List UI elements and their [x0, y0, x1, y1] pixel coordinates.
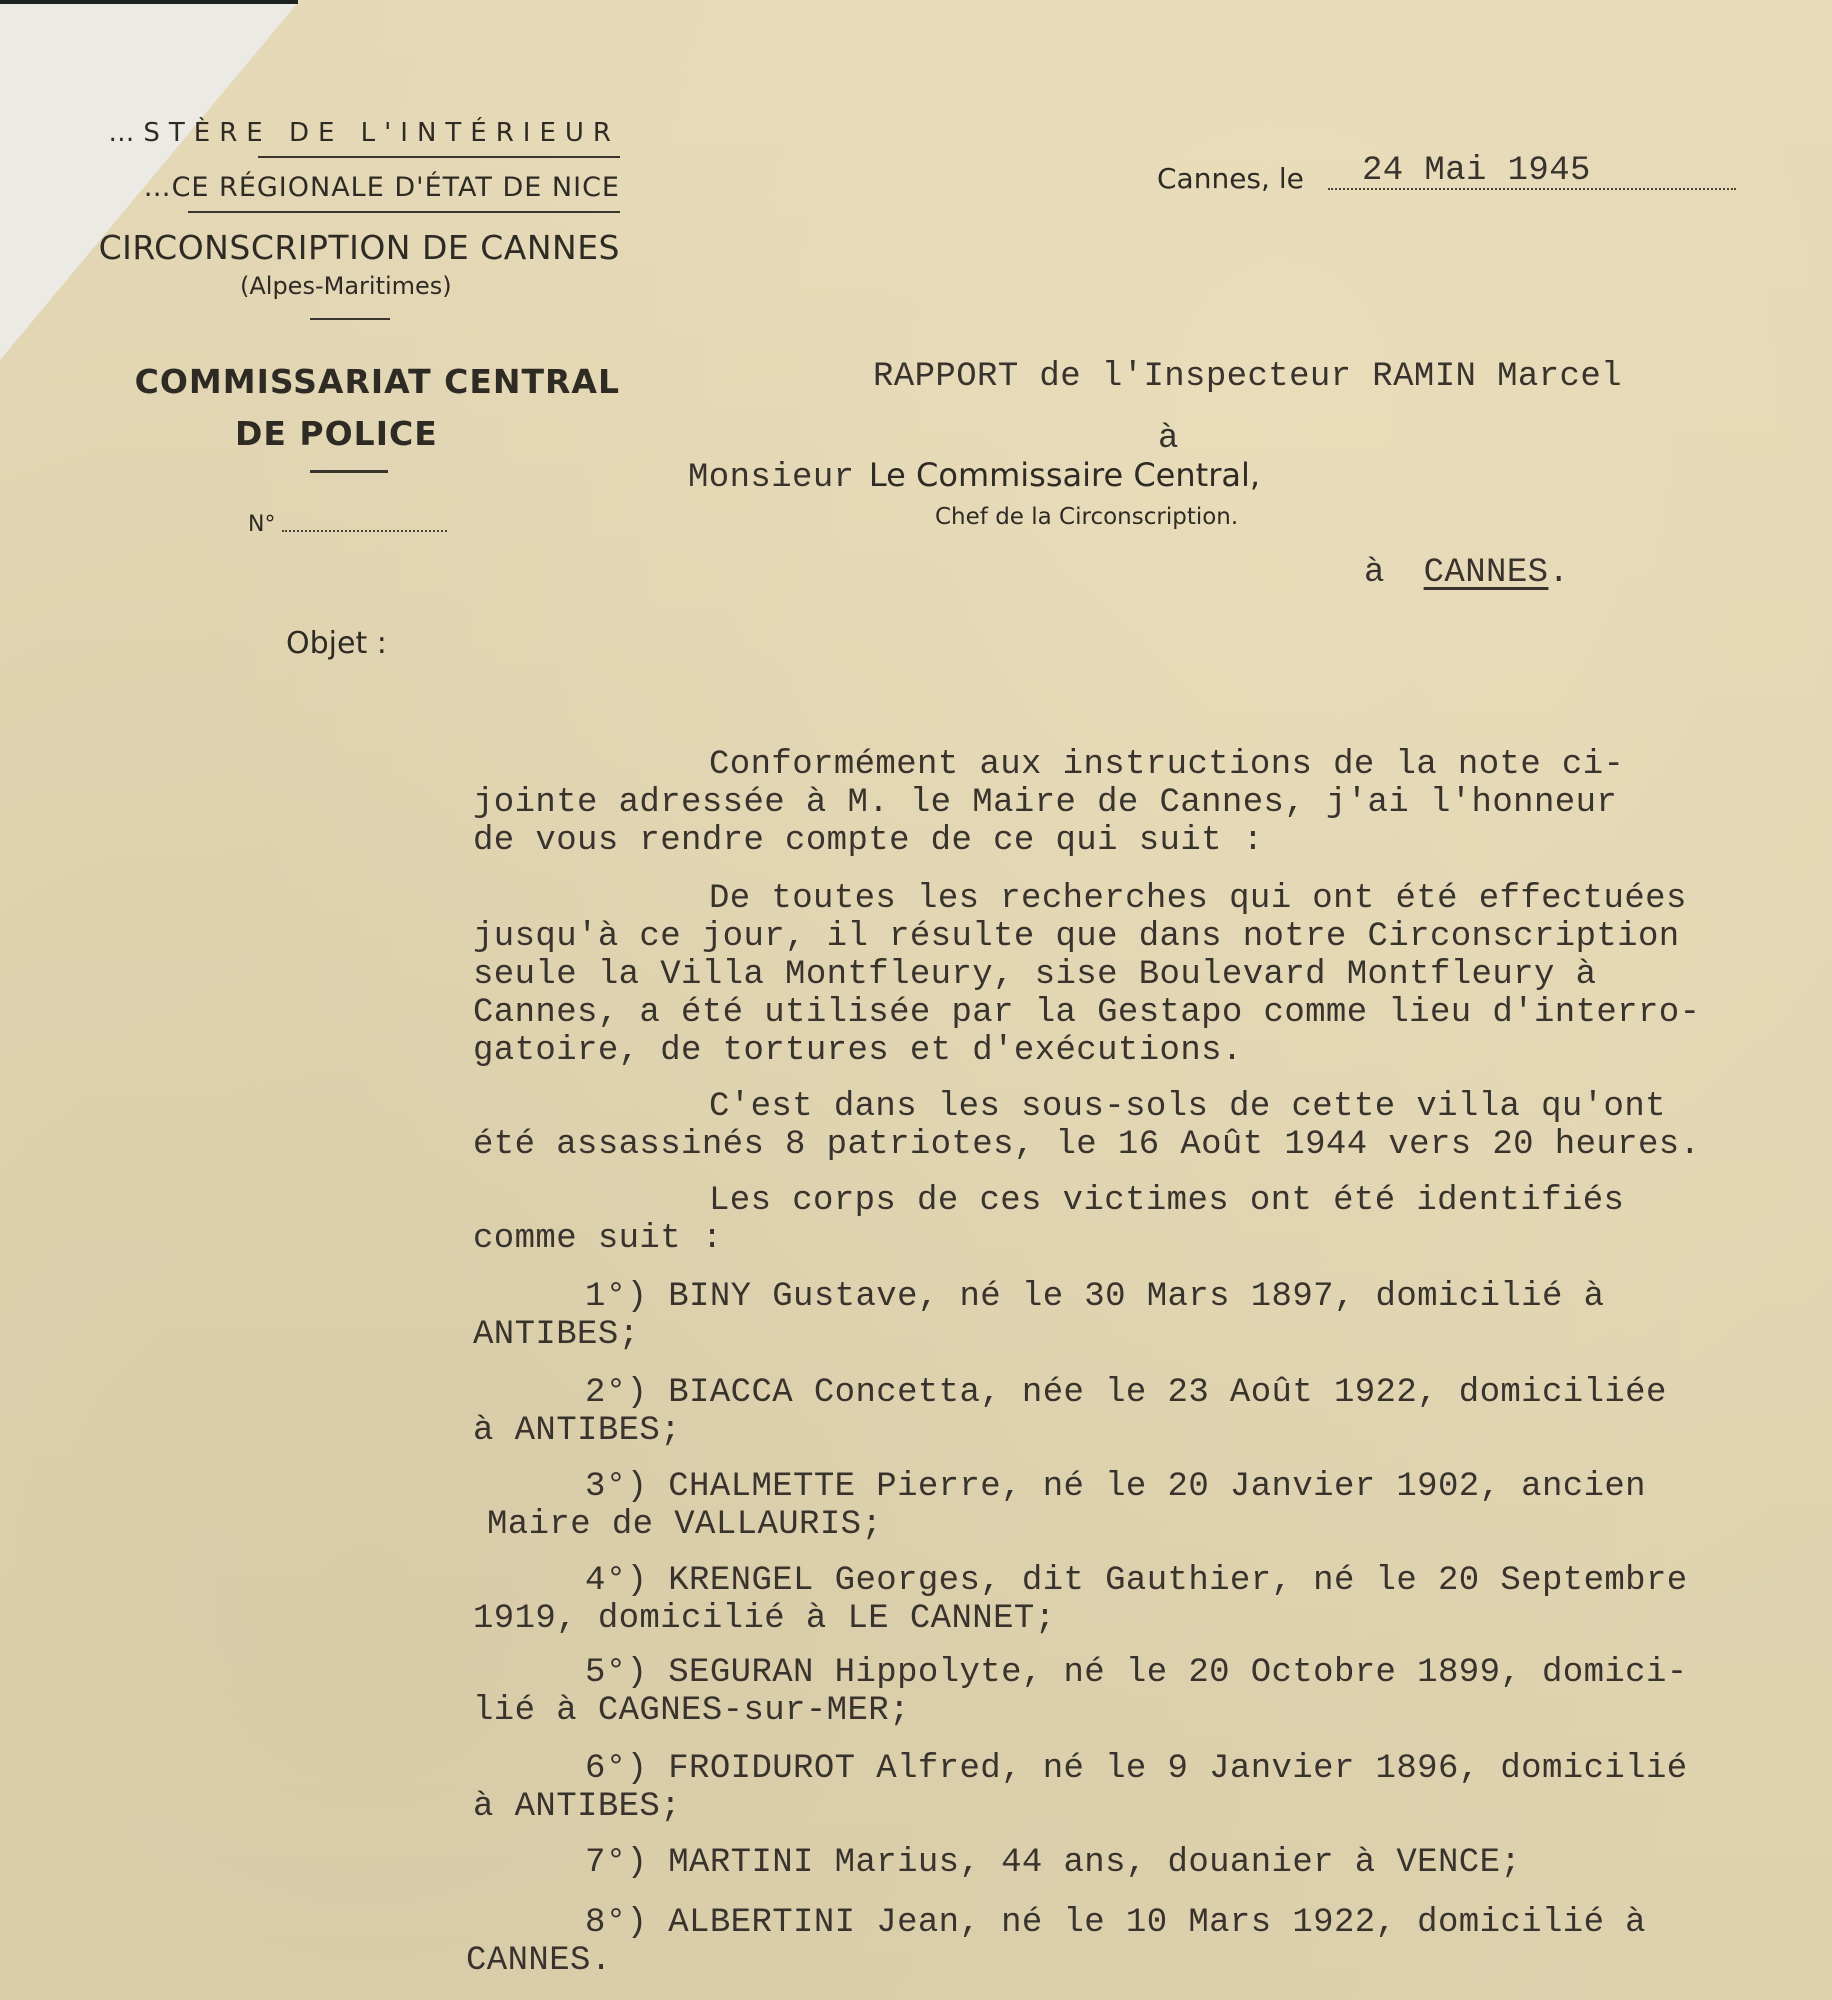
- body-line: De toutes les recherches qui ont été eff…: [473, 880, 1687, 918]
- destination-line: à CANNES.: [1364, 554, 1569, 592]
- victim-details: BIACCA Concetta, née le 23 Août 1922, do…: [668, 1374, 1667, 1412]
- recipient-line: Monsieur Le Commissaire Central,: [688, 456, 1260, 497]
- body-line: seule la Villa Montfleury, sise Boulevar…: [473, 956, 1596, 994]
- recipient-prefix: Monsieur: [688, 459, 854, 497]
- victim-details-cont: Maire de VALLAURIS;: [473, 1506, 882, 1544]
- victim-entry: 2°) BIACCA Concetta, née le 23 Août 1922…: [473, 1374, 1667, 1412]
- object-label: Objet :: [286, 626, 387, 661]
- number-label: N°: [248, 512, 275, 537]
- to-word: à: [1158, 420, 1179, 458]
- number-field: [282, 530, 447, 532]
- victim-entry: 4°) KRENGEL Georges, dit Gauthier, né le…: [473, 1562, 1688, 1600]
- body-line: Cannes, a été utilisée par la Gestapo co…: [473, 994, 1700, 1032]
- victim-number: 3°): [585, 1468, 647, 1506]
- recipient-subtitle: Chef de la Circonscription.: [935, 504, 1238, 530]
- date-label: Cannes, le: [1157, 162, 1304, 195]
- office-line-1: COMMISSARIAT CENTRAL: [135, 362, 620, 401]
- victim-details-cont: ANTIBES;: [473, 1316, 639, 1354]
- recipient-title: Le Commissaire Central,: [869, 456, 1260, 494]
- victim-details: FROIDUROT Alfred, né le 9 Janvier 1896, …: [668, 1750, 1687, 1788]
- destination: CANNES: [1424, 554, 1549, 592]
- body-line: Les corps de ces victimes ont été identi…: [473, 1182, 1624, 1220]
- destination-suffix: .: [1548, 554, 1569, 592]
- victim-details-cont: 1919, domicilié à LE CANNET;: [473, 1600, 1056, 1638]
- letterhead-rule-4: [310, 470, 388, 473]
- victim-details: MARTINI Marius, 44 ans, douanier à VENCE…: [668, 1844, 1521, 1882]
- report-title: RAPPORT de l'Inspecteur RAMIN Marcel: [873, 358, 1622, 396]
- letterhead-rule-2: [188, 211, 620, 213]
- victim-entry: 7°) MARTINI Marius, 44 ans, douanier à V…: [473, 1844, 1521, 1882]
- date-value: 24 Mai 1945: [1362, 152, 1591, 190]
- victim-number: 1°): [585, 1278, 647, 1316]
- department-line: (Alpes-Maritimes): [240, 272, 452, 300]
- victim-details-cont: lié à CAGNES-sur-MER;: [473, 1692, 910, 1730]
- victim-details: CHALMETTE Pierre, né le 20 Janvier 1902,…: [668, 1468, 1646, 1506]
- body-line: Conformément aux instructions de la note…: [473, 746, 1624, 784]
- ministry-line: …STÈRE DE L'INTÉRIEUR: [108, 118, 620, 148]
- victim-details: BINY Gustave, né le 30 Mars 1897, domici…: [668, 1278, 1604, 1316]
- office-line-2: DE POLICE: [235, 414, 438, 453]
- victim-details: SEGURAN Hippolyte, né le 20 Octobre 1899…: [668, 1654, 1687, 1692]
- victim-entry: 5°) SEGURAN Hippolyte, né le 20 Octobre …: [473, 1654, 1688, 1692]
- victim-entry: 8°) ALBERTINI Jean, né le 10 Mars 1922, …: [473, 1904, 1646, 1942]
- body-line: jusqu'à ce jour, il résulte que dans not…: [473, 918, 1680, 956]
- victim-number: 7°): [585, 1844, 647, 1882]
- letterhead-rule-1: [258, 156, 620, 158]
- victim-entry: 6°) FROIDUROT Alfred, né le 9 Janvier 18…: [473, 1750, 1688, 1788]
- body-line: jointe adressée à M. le Maire de Cannes,…: [473, 784, 1617, 822]
- victim-number: 8°): [585, 1904, 647, 1942]
- victim-details: KRENGEL Georges, dit Gauthier, né le 20 …: [668, 1562, 1687, 1600]
- victim-details-cont: à ANTIBES;: [473, 1788, 681, 1826]
- victim-number: 5°): [585, 1654, 647, 1692]
- body-line: été assassinés 8 patriotes, le 16 Août 1…: [473, 1126, 1700, 1164]
- victim-number: 6°): [585, 1750, 647, 1788]
- letterhead-rule-3: [310, 318, 390, 320]
- victim-details-cont: à ANTIBES;: [473, 1412, 681, 1450]
- body-line: gatoire, de tortures et d'exécutions.: [473, 1032, 1243, 1070]
- victim-details-cont: CANNES.: [466, 1942, 612, 1980]
- victim-entry: 1°) BINY Gustave, né le 30 Mars 1897, do…: [473, 1278, 1604, 1316]
- victim-number: 4°): [585, 1562, 647, 1600]
- victim-number: 2°): [585, 1374, 647, 1412]
- circonscription-line: CIRCONSCRIPTION DE CANNES: [99, 228, 620, 267]
- body-line: comme suit :: [473, 1220, 723, 1258]
- body-line: C'est dans les sous-sols de cette villa …: [473, 1088, 1666, 1126]
- scan-edge: [0, 0, 298, 4]
- victim-entry: 3°) CHALMETTE Pierre, né le 20 Janvier 1…: [473, 1468, 1646, 1506]
- destination-prefix: à: [1364, 554, 1385, 592]
- victim-details: ALBERTINI Jean, né le 10 Mars 1922, domi…: [668, 1904, 1646, 1942]
- service-line: …CE RÉGIONALE D'ÉTAT DE NICE: [144, 172, 620, 203]
- body-line: de vous rendre compte de ce qui suit :: [473, 822, 1264, 860]
